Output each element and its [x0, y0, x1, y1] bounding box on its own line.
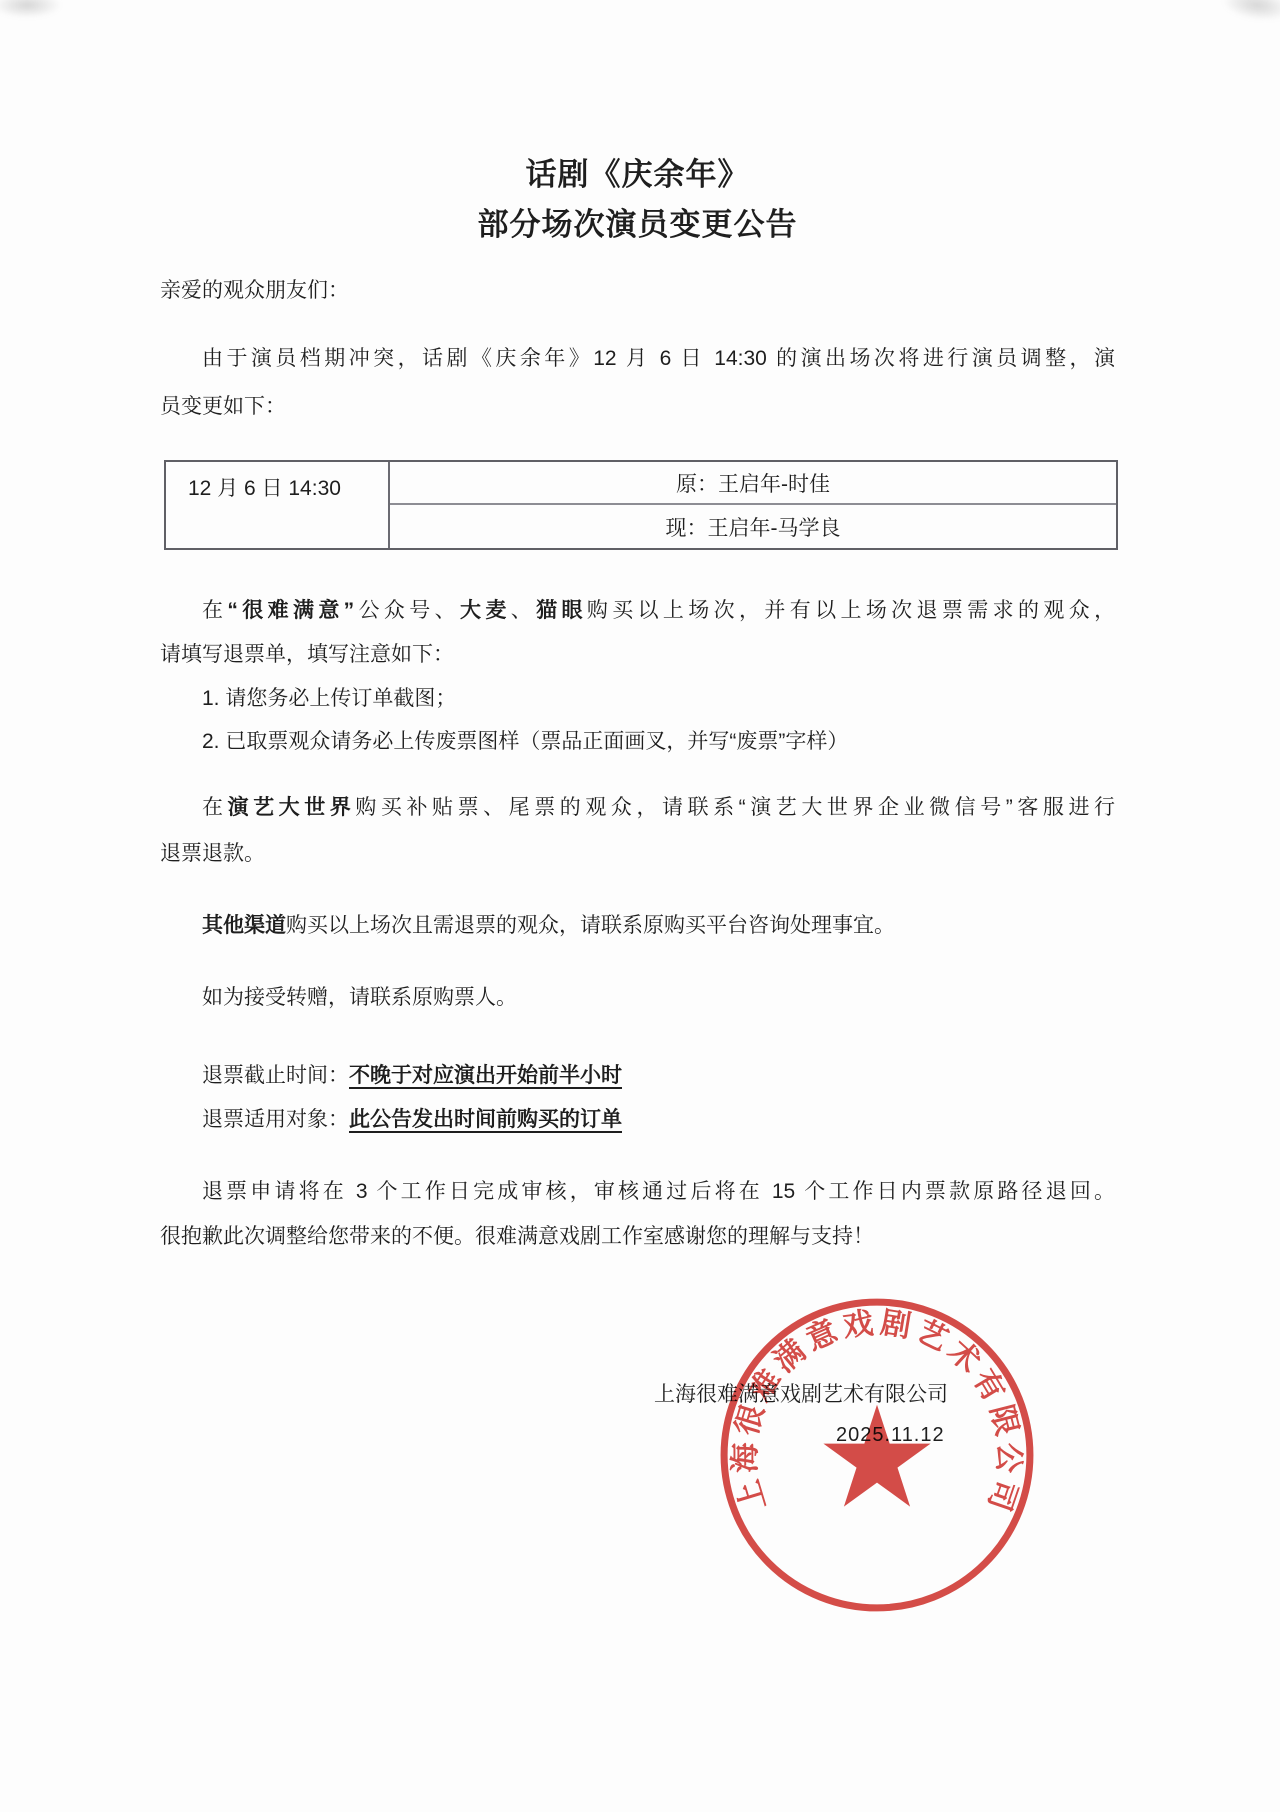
refund-scope: 退票适用对象：此公告发出时间前购买的订单: [160, 1105, 1115, 1135]
transfer-paragraph: 如为接受转赠，请联系原购票人。: [160, 983, 1115, 1013]
text-segment: 公众号、: [354, 599, 460, 622]
scan-smudge-top-right: [1220, 0, 1280, 25]
text-segment: 在: [202, 796, 228, 819]
text-segment: 购买以上场次且需退票的观众，请联系原购买平台咨询处理事宜。: [286, 914, 895, 937]
yanyi-paragraph-line-1: 在演艺大世界购买补贴票、尾票的观众，请联系“演艺大世界企业微信号”客服进行: [160, 793, 1115, 823]
refund-item-2: 2. 已取票观众请务必上传废票图样（票品正面画叉，并写“废票”字样）: [160, 727, 1157, 757]
stamp-star-icon: [823, 1405, 930, 1507]
brand-hennanmanyi: “很难满意”: [227, 599, 354, 622]
refund-deadline: 退票截止时间：不晚于对应演出开始前半小时: [160, 1061, 1115, 1091]
current-cast-cell: 现：王启年-马学良: [390, 505, 1116, 548]
deadline-value: 不晚于对应演出开始前半小时: [349, 1064, 622, 1087]
refund-item-1: 1. 请您务必上传订单截图；: [160, 684, 1157, 714]
announcement-title: 话剧《庆余年》 部分场次演员变更公告: [160, 150, 1115, 250]
text-segment: 在: [202, 599, 227, 622]
title-line-2: 部分场次演员变更公告: [160, 200, 1115, 250]
session-cell: 12 月 6 日 14:30: [166, 462, 390, 548]
announcement-document: 话剧《庆余年》 部分场次演员变更公告 亲爱的观众朋友们： 由于演员档期冲突，话剧…: [0, 0, 1280, 1812]
other-channels-paragraph: 其他渠道购买以上场次且需退票的观众，请联系原购买平台咨询处理事宜。: [160, 911, 1115, 941]
text-segment: 购买以上场次，并有以上场次退票需求的观众，: [587, 599, 1115, 622]
brand-damai: 大麦: [460, 599, 511, 622]
greeting: 亲爱的观众朋友们：: [160, 276, 1115, 306]
original-cast-cell: 原：王启年-时佳: [390, 462, 1116, 505]
closing-line-1: 退票申请将在 3 个工作日完成审核，审核通过后将在 15 个工作日内票款原路径退…: [160, 1177, 1115, 1207]
text-segment: 、: [511, 599, 536, 622]
brand-maoyan: 猫眼: [536, 599, 587, 622]
closing-line-2: 很抱歉此次调整给您带来的不便。很难满意戏剧工作室感谢您的理解与支持！: [160, 1222, 1115, 1252]
deadline-label: 退票截止时间：: [202, 1064, 349, 1087]
scan-smudge-top-left: [0, 0, 62, 18]
title-line-1: 话剧《庆余年》: [160, 150, 1115, 200]
brand-yanyidashijie: 演艺大世界: [228, 796, 356, 819]
cast-change-table: 12 月 6 日 14:30 原：王启年-时佳 现：王启年-马学良: [164, 460, 1118, 550]
text-segment: 购买补贴票、尾票的观众，请联系“演艺大世界企业微信号”客服进行: [355, 796, 1115, 819]
company-stamp: 上海很难满意戏剧艺术有限公司: [710, 1288, 1044, 1622]
refund-instructions-line-2: 请填写退票单，填写注意如下：: [160, 640, 1115, 670]
yanyi-paragraph-line-2: 退票退款。: [160, 839, 1115, 869]
refund-instructions-line-1: 在“很难满意”公众号、大麦、猫眼购买以上场次，并有以上场次退票需求的观众，: [160, 596, 1115, 626]
intro-line-2: 员变更如下：: [160, 392, 1115, 422]
intro-line-1: 由于演员档期冲突，话剧《庆余年》12 月 6 日 14:30 的演出场次将进行演…: [160, 344, 1115, 374]
scope-label: 退票适用对象：: [202, 1108, 349, 1131]
scope-value: 此公告发出时间前购买的订单: [349, 1108, 622, 1131]
other-channels-bold: 其他渠道: [202, 914, 286, 937]
